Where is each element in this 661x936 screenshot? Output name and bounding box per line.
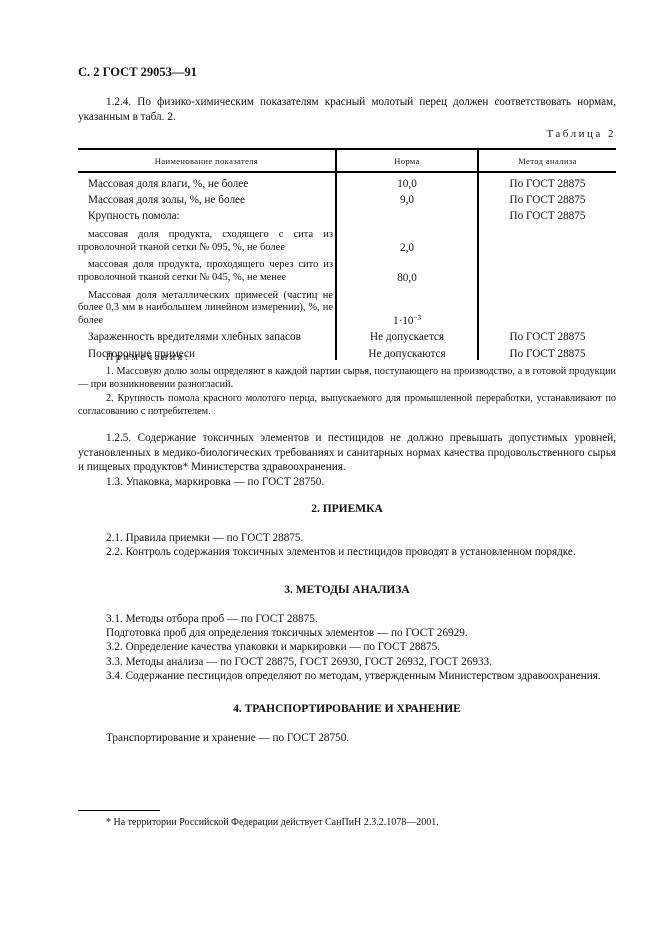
paragraph-3-4: 3.4. Содержание пестицидов определяют по… bbox=[78, 669, 616, 684]
paragraph-3-1: 3.1. Методы отбора проб — по ГОСТ 28875. bbox=[78, 612, 616, 627]
page-header: С. 2 ГОСТ 29053—91 bbox=[78, 65, 197, 80]
table-row: массовая доля продукта, проходящего чере… bbox=[78, 254, 616, 284]
notes-block: Примечания: 1. Массовую долю золы опреде… bbox=[78, 351, 616, 419]
paragraph-4: Транспортирование и хранение — по ГОСТ 2… bbox=[78, 731, 616, 746]
table-row: массовая доля продукта, сходящего с сита… bbox=[78, 222, 616, 254]
norms-table: Наименование показателя Норма Метод анал… bbox=[78, 148, 616, 360]
table-row: Массовая доля металлических примесей (ча… bbox=[78, 284, 616, 327]
paragraph-1-2-4: 1.2.4. По физико-химическим показателям … bbox=[78, 95, 616, 124]
paragraph-3-1-prep: Подготовка проб для определения токсичны… bbox=[78, 626, 616, 641]
table-header-row: Наименование показателя Норма Метод анал… bbox=[78, 149, 616, 172]
note-item: 2. Крупность помола красного молотого пе… bbox=[78, 392, 616, 419]
paragraph-2-1: 2.1. Правила приемки — по ГОСТ 28875. bbox=[78, 531, 616, 546]
paragraph-3-2: 3.2. Определение качества упаковки и мар… bbox=[78, 640, 616, 655]
paragraph-3-3: 3.3. Методы анализа — по ГОСТ 28875, ГОС… bbox=[78, 655, 616, 670]
footnote-divider bbox=[78, 810, 160, 811]
notes-title: Примечания: bbox=[78, 351, 616, 365]
paragraph-2-2: 2.2. Контроль содержания токсичных элеме… bbox=[78, 545, 616, 560]
section-title-analysis-methods: 3. МЕТОДЫ АНАЛИЗА bbox=[78, 584, 616, 596]
section-title-acceptance: 2. ПРИЕМКА bbox=[78, 503, 616, 515]
norm-metal-impurities: 1·10−3 bbox=[336, 284, 478, 327]
table-row: Массовая доля золы, %, не более 9,0 По Г… bbox=[78, 190, 616, 206]
table-caption: Таблица 2 bbox=[546, 128, 616, 140]
table-row: Крупность помола: По ГОСТ 28875 bbox=[78, 206, 616, 222]
table-row: Массовая доля влаги, %, не более 10,0 По… bbox=[78, 172, 616, 190]
table-row: Зараженность вредителями хлебных запасов… bbox=[78, 327, 616, 343]
paragraph-1-3: 1.3. Упаковка, маркировка — по ГОСТ 2875… bbox=[78, 475, 616, 490]
header-norm: Норма bbox=[336, 149, 478, 172]
header-method: Метод анализа bbox=[478, 149, 616, 172]
note-item: 1. Массовую долю золы определяют в каждо… bbox=[78, 365, 616, 392]
footnote: * На территории Российской Федерации дей… bbox=[78, 817, 616, 828]
paragraph-1-2-5: 1.2.5. Содержание токсичных элементов и … bbox=[78, 431, 616, 475]
section-title-transport-storage: 4. ТРАНСПОРТИРОВАНИЕ И ХРАНЕНИЕ bbox=[78, 703, 616, 715]
header-indicator: Наименование показателя bbox=[78, 149, 336, 172]
